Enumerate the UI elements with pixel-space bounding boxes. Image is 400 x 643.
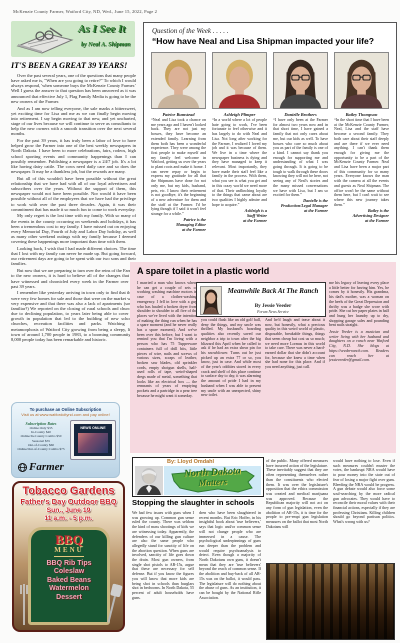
bbq-ad-title: Tobacco Gardens	[14, 486, 123, 497]
gun-rack-photo	[266, 563, 395, 640]
bbq-menu-item: Watermelon	[31, 585, 107, 594]
online-subscription-ad: To purchase an Online Subscription Visit…	[11, 402, 120, 478]
ranch-col-3: And he'd laugh and tease about it now, b…	[265, 318, 325, 448]
ranch-col-4-text: me his legacy of leaving every place a l…	[329, 281, 389, 328]
portrait-row	[151, 52, 389, 109]
as-i-see-it-title: As I See It	[78, 23, 125, 35]
quote-row: Patrice Bumstead “Neal and Lisa took a c…	[151, 112, 389, 250]
masthead: McKenzie County Farmer, Watford City, ND…	[13, 9, 157, 14]
subscription-rate-item: Online/In-County Combo $50	[17, 434, 65, 438]
ranch-col-4: me his legacy of leaving every place a l…	[329, 281, 389, 448]
bbq-sign-subtitle: MENU	[31, 546, 107, 554]
editorial-paragraph: And as I am now telling everyone, the sa…	[11, 106, 136, 137]
gold-flourish	[54, 556, 84, 558]
editorial-paragraph: My only regret is the lost time with my …	[11, 213, 136, 244]
person-quote-column: Ashleigh Plimper “In a world where a lot…	[212, 112, 267, 250]
tablet-screen: NEWS ONLINE	[74, 424, 112, 456]
nd-matters-logo: North Dakota Matters	[164, 466, 261, 495]
bbq-menu-item: Baked Beans	[31, 577, 107, 586]
tablet-photo	[78, 433, 108, 453]
fork-icon	[18, 584, 30, 626]
editorial-paragraph: I remember like yesterday arriving in to…	[11, 290, 136, 342]
nd-col-3: of the public. Many offered measures hav…	[266, 459, 328, 560]
news-online-label: NEWS ONLINE	[74, 426, 112, 430]
portrait-photo	[151, 52, 206, 109]
ranch-col-2: you could flush like an old golf ball, d…	[201, 318, 261, 448]
portrait-photo	[334, 52, 389, 109]
ranch-title: Meanwhile Back At The Ranch	[223, 287, 323, 295]
person-quote: “In a world where a lot of people hate g…	[212, 118, 267, 207]
person-quote: “Neal and Lisa took a chance on me years…	[151, 118, 206, 217]
farmer-logo-text: Farmer	[29, 461, 64, 473]
subscription-ad-url-line: Visit us at www.watfordcitynd.com and pa…	[12, 413, 119, 418]
question-headline: “How have Neal and Lisa Shipman impacted…	[152, 37, 374, 46]
question-kicker: Question of the Week . . . . .	[152, 27, 229, 35]
ranch-news-service: Forum News Service	[223, 310, 323, 314]
bbq-menu-sign: BBQ MENU BBQ Rib Tips Coleslaw Baked Bea…	[28, 527, 110, 625]
question-of-week-box: Question of the Week . . . . . “How have…	[143, 22, 397, 255]
editorial-paragraph: But all of this wouldn't have been possi…	[11, 176, 136, 212]
bbq-menu-item: Dessert	[31, 594, 107, 603]
ranch-column-box: A spare toilet in a plastic world I marr…	[130, 262, 396, 453]
ranch-column-headline: A spare toilet in a plastic world	[137, 266, 269, 276]
bbq-menu-item: BBQ Rib Tips	[31, 560, 107, 569]
ranch-column-header: Meanwhile Back At The Ranch By Jessie Ve…	[196, 282, 326, 317]
bbq-ad-subtitle: Father's Day Outdoor BBQ	[14, 498, 123, 506]
person-quote-column: Bailey Thompson “In the short time that …	[334, 112, 389, 250]
person-attribution: Patrice is the Managing Editor at the Fa…	[151, 218, 206, 233]
editorial-body: Over the past several years, one of the …	[11, 73, 136, 397]
bbq-ad-date: Sun., June 19	[14, 507, 123, 514]
jessie-veeder-photo	[200, 286, 222, 315]
editorial-headline: IT'S BEEN A GREAT 39 YEARS!	[11, 61, 137, 70]
globe-icon	[18, 463, 27, 472]
lloyd-omdahl-photo	[135, 466, 163, 495]
author-bio: Jessie Veeder is a musician and writer l…	[329, 330, 389, 363]
nd-col-2: dren who have been slaughtered in recent…	[199, 511, 261, 643]
drafting-board-illustration	[14, 24, 76, 54]
editorial-paragraph: Looking back, I wish that I had made dif…	[11, 246, 136, 267]
omdahl-byline: By: Lloyd Omdahl	[167, 459, 214, 465]
editorial-paragraph: Over the past several years, one of the …	[11, 73, 136, 104]
farmer-logo: Farmer	[18, 461, 113, 473]
north-dakota-matters-header: By: Lloyd Omdahl North Dakota Matters	[132, 457, 264, 497]
person-attribution: Bailey is the Advertising Designer at th…	[334, 209, 389, 224]
as-i-see-it-byline: by Neal A. Shipman	[81, 42, 130, 49]
editorial-paragraph: For the past 39 years, it has truly been…	[11, 138, 136, 174]
bbq-sign-title: BBQ	[31, 533, 107, 546]
nd-col-4: would have nothing to lose. Even if such…	[333, 459, 395, 560]
person-quote: “In the short time that I have been at t…	[334, 118, 389, 207]
newspaper-page: { "masthead": "McKenzie County Farmer, W…	[0, 0, 400, 643]
ranch-col-1: I married a man who knows where he can g…	[137, 281, 197, 448]
person-quote: “I have only been at the Farmer for almo…	[273, 118, 328, 198]
tobacco-gardens-bbq-ad: Tobacco Gardens Father's Day Outdoor BBQ…	[12, 481, 125, 632]
subscription-rates: Subscription Rates Online Only $35 In-Co…	[17, 421, 65, 451]
bbq-menu-item: Coleslaw	[31, 568, 107, 577]
editorial-paragraph: But now that we are preparing to turn ov…	[11, 268, 136, 289]
news-online-tablet: NEWS ONLINE	[70, 420, 116, 460]
bbq-ad-time: 11 a.m. - 5 p.m.	[14, 515, 123, 522]
person-attribution: Ashleigh is a Staff Writer at the Farmer	[212, 209, 267, 224]
subscription-rate-item: Online/Out-of-County Combo $75	[17, 447, 65, 451]
person-quote-column: Danielle Brothers “I have only been at t…	[273, 112, 328, 250]
person-quote-column: Patrice Bumstead “Neal and Lisa took a c…	[151, 112, 206, 250]
portrait-photo	[212, 52, 267, 109]
portrait-photo	[273, 52, 328, 109]
as-i-see-it-logo: As I See It by Neal A. Shipman	[11, 21, 135, 57]
ranch-byline: By Jessie Veeder	[223, 303, 323, 309]
nd-col-1: We had few issues with guns when I was g…	[132, 511, 194, 643]
person-attribution: Danielle is the Production/Legal Manager…	[273, 199, 328, 214]
